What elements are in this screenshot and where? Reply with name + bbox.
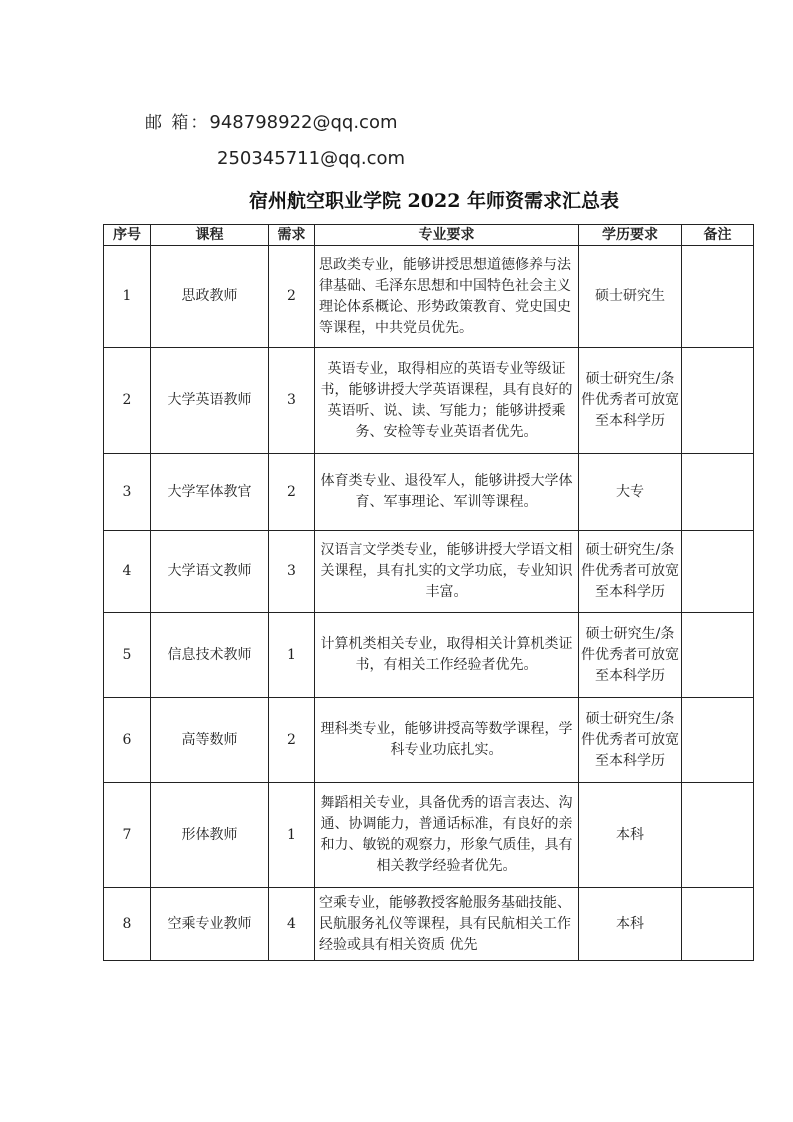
cell-education: 大专 (579, 454, 682, 531)
cell-requirement: 计算机类相关专业，取得相关计算机类证书，有相关工作经验者优先。 (315, 613, 579, 698)
cell-course: 大学军体教官 (151, 454, 269, 531)
cell-course: 空乘专业教师 (151, 888, 269, 961)
header-education: 学历要求 (579, 225, 682, 246)
table-row: 2 大学英语教师 3 英语专业，取得相应的英语专业等级证书，能够讲授大学英语课程… (104, 348, 754, 454)
cell-no: 8 (104, 888, 151, 961)
table-row: 3 大学军体教官 2 体育类专业、退役军人，能够讲授大学体育、军事理论、军训等课… (104, 454, 754, 531)
table-row: 5 信息技术教师 1 计算机类相关专业，取得相关计算机类证书，有相关工作经验者优… (104, 613, 754, 698)
cell-no: 5 (104, 613, 151, 698)
header-course: 课程 (151, 225, 269, 246)
email-line-2: 250345711@qq.com (217, 148, 405, 169)
table-row: 6 高等数师 2 理科类专业，能够讲授高等数学课程，学科专业功底扎实。 硕士研究… (104, 698, 754, 783)
cell-no: 1 (104, 246, 151, 348)
header-requirement: 专业要求 (315, 225, 579, 246)
cell-course: 大学语文教师 (151, 531, 269, 613)
cell-education: 硕士研究生/条件优秀者可放宽至本科学历 (579, 348, 682, 454)
recruitment-table: 序号 课程 需求 专业要求 学历要求 备注 1 思政教师 2 思政类专业，能够讲… (103, 224, 754, 961)
document-title: 宿州航空职业学院 2022 年师资需求汇总表 (0, 186, 793, 213)
cell-requirement: 思政类专业，能够讲授思想道德修养与法律基础、毛泽东思想和中国特色社会主义理论体系… (315, 246, 579, 348)
cell-no: 4 (104, 531, 151, 613)
cell-course: 大学英语教师 (151, 348, 269, 454)
cell-course: 信息技术教师 (151, 613, 269, 698)
table-row: 8 空乘专业教师 4 空乘专业，能够教授客舱服务基础技能、民航服务礼仪等课程，具… (104, 888, 754, 961)
cell-remark (682, 698, 754, 783)
cell-demand: 3 (269, 348, 315, 454)
cell-demand: 3 (269, 531, 315, 613)
table-row: 1 思政教师 2 思政类专业，能够讲授思想道德修养与法律基础、毛泽东思想和中国特… (104, 246, 754, 348)
cell-course: 思政教师 (151, 246, 269, 348)
cell-education: 硕士研究生/条件优秀者可放宽至本科学历 (579, 613, 682, 698)
header-remark: 备注 (682, 225, 754, 246)
cell-no: 3 (104, 454, 151, 531)
table-row: 4 大学语文教师 3 汉语言文学类专业，能够讲授大学语文相关课程，具有扎实的文学… (104, 531, 754, 613)
cell-no: 2 (104, 348, 151, 454)
header-demand: 需求 (269, 225, 315, 246)
cell-education: 硕士研究生 (579, 246, 682, 348)
email-address-2: 250345711@qq.com (217, 148, 405, 169)
cell-requirement: 体育类专业、退役军人，能够讲授大学体育、军事理论、军训等课程。 (315, 454, 579, 531)
email-label: 邮 箱： (145, 113, 209, 133)
cell-course: 高等数师 (151, 698, 269, 783)
cell-requirement: 舞蹈相关专业，具备优秀的语言表达、沟通、协调能力，普通话标准，有良好的亲和力、敏… (315, 783, 579, 888)
cell-demand: 2 (269, 698, 315, 783)
email-address-1: 948798922@qq.com (209, 112, 397, 133)
cell-requirement: 理科类专业，能够讲授高等数学课程，学科专业功底扎实。 (315, 698, 579, 783)
cell-requirement: 英语专业，取得相应的英语专业等级证书，能够讲授大学英语课程，具有良好的英语听、说… (315, 348, 579, 454)
email-line-1: 邮 箱：948798922@qq.com (145, 108, 398, 133)
cell-education: 本科 (579, 888, 682, 961)
cell-no: 7 (104, 783, 151, 888)
cell-requirement: 空乘专业，能够教授客舱服务基础技能、民航服务礼仪等课程，具有民航相关工作经验或具… (315, 888, 579, 961)
cell-demand: 1 (269, 613, 315, 698)
cell-demand: 2 (269, 246, 315, 348)
cell-demand: 1 (269, 783, 315, 888)
cell-course: 形体教师 (151, 783, 269, 888)
cell-demand: 4 (269, 888, 315, 961)
cell-remark (682, 246, 754, 348)
table-row: 7 形体教师 1 舞蹈相关专业，具备优秀的语言表达、沟通、协调能力，普通话标准，… (104, 783, 754, 888)
header-no: 序号 (104, 225, 151, 246)
cell-remark (682, 454, 754, 531)
cell-no: 6 (104, 698, 151, 783)
cell-remark (682, 613, 754, 698)
cell-remark (682, 783, 754, 888)
cell-remark (682, 888, 754, 961)
cell-education: 本科 (579, 783, 682, 888)
cell-education: 硕士研究生/条件优秀者可放宽至本科学历 (579, 698, 682, 783)
cell-requirement: 汉语言文学类专业，能够讲授大学语文相关课程，具有扎实的文学功底，专业知识丰富。 (315, 531, 579, 613)
cell-remark (682, 531, 754, 613)
table-header-row: 序号 课程 需求 专业要求 学历要求 备注 (104, 225, 754, 246)
cell-demand: 2 (269, 454, 315, 531)
cell-education: 硕士研究生/条件优秀者可放宽至本科学历 (579, 531, 682, 613)
cell-remark (682, 348, 754, 454)
